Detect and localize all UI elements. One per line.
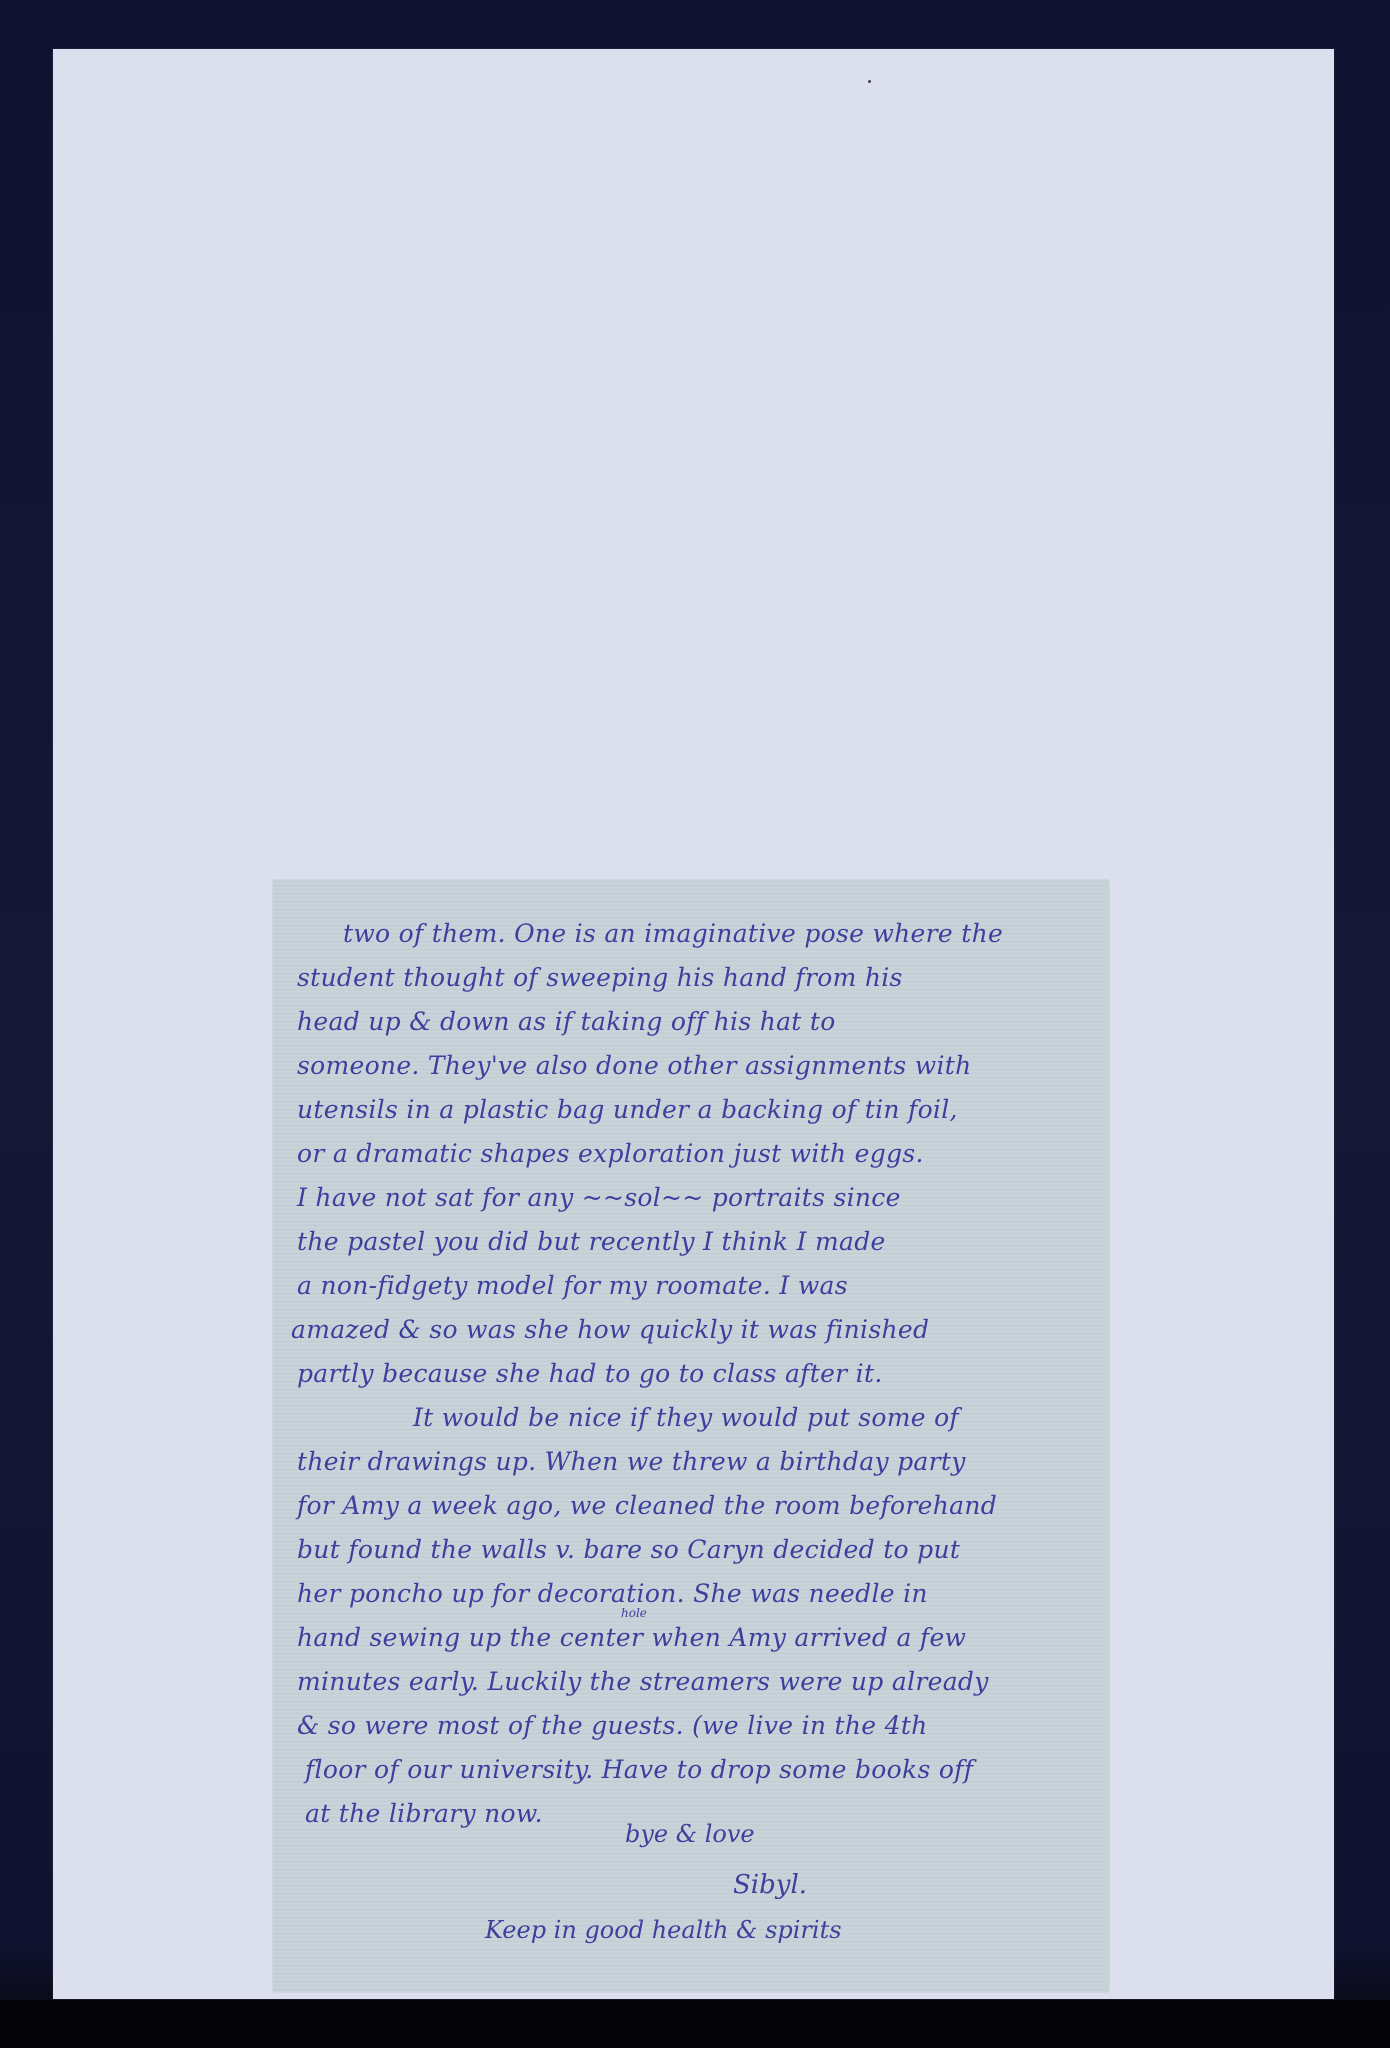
letter-line: a non-fidgety model for my roomate. I wa… [297, 1264, 848, 1308]
letter-line: two of them. One is an imaginative pose … [343, 912, 1003, 956]
letter-line: head up & down as if taking off his hat … [297, 1000, 836, 1044]
handwritten-insertion: hole [621, 1606, 647, 1620]
letter-line: I have not sat for any ~~sol~~ portraits… [297, 1176, 901, 1220]
letter-line: amazed & so was she how quickly it was f… [291, 1308, 929, 1352]
paper-speck [868, 80, 871, 83]
signature: Sibyl. [733, 1870, 807, 1900]
letter-line: partly because she had to go to class af… [297, 1352, 883, 1396]
letter-line: floor of our university. Have to drop so… [305, 1748, 973, 1792]
letter-line: minutes early. Luckily the streamers wer… [297, 1660, 989, 1704]
letter-line: the pastel you did but recently I think … [297, 1220, 886, 1264]
letter-line: or a dramatic shapes exploration just wi… [297, 1132, 924, 1176]
sign-off: bye & love [625, 1820, 755, 1848]
letter-line: student thought of sweeping his hand fro… [297, 956, 903, 1000]
letter-page: two of them. One is an imaginative pose … [273, 880, 1109, 1992]
letter-line: for Amy a week ago, we cleaned the room … [297, 1484, 997, 1528]
letter-line: but found the walls v. bare so Caryn dec… [297, 1528, 960, 1572]
letter-line: someone. They've also done other assignm… [297, 1044, 972, 1088]
scanner-bottom-edge [0, 2000, 1390, 2048]
letter-line: at the library now. [305, 1792, 543, 1836]
letter-line: her poncho up for decoration. She was ne… [297, 1572, 928, 1616]
letter-line: hand sewing up the center when Amy arriv… [297, 1616, 966, 1660]
postscript: Keep in good health & spirits [485, 1916, 842, 1944]
letter-line: & so were most of the guests. (we live i… [297, 1704, 928, 1748]
letter-line: their drawings up. When we threw a birth… [297, 1440, 966, 1484]
letter-line: utensils in a plastic bag under a backin… [297, 1088, 958, 1132]
letter-line: It would be nice if they would put some … [413, 1396, 959, 1440]
